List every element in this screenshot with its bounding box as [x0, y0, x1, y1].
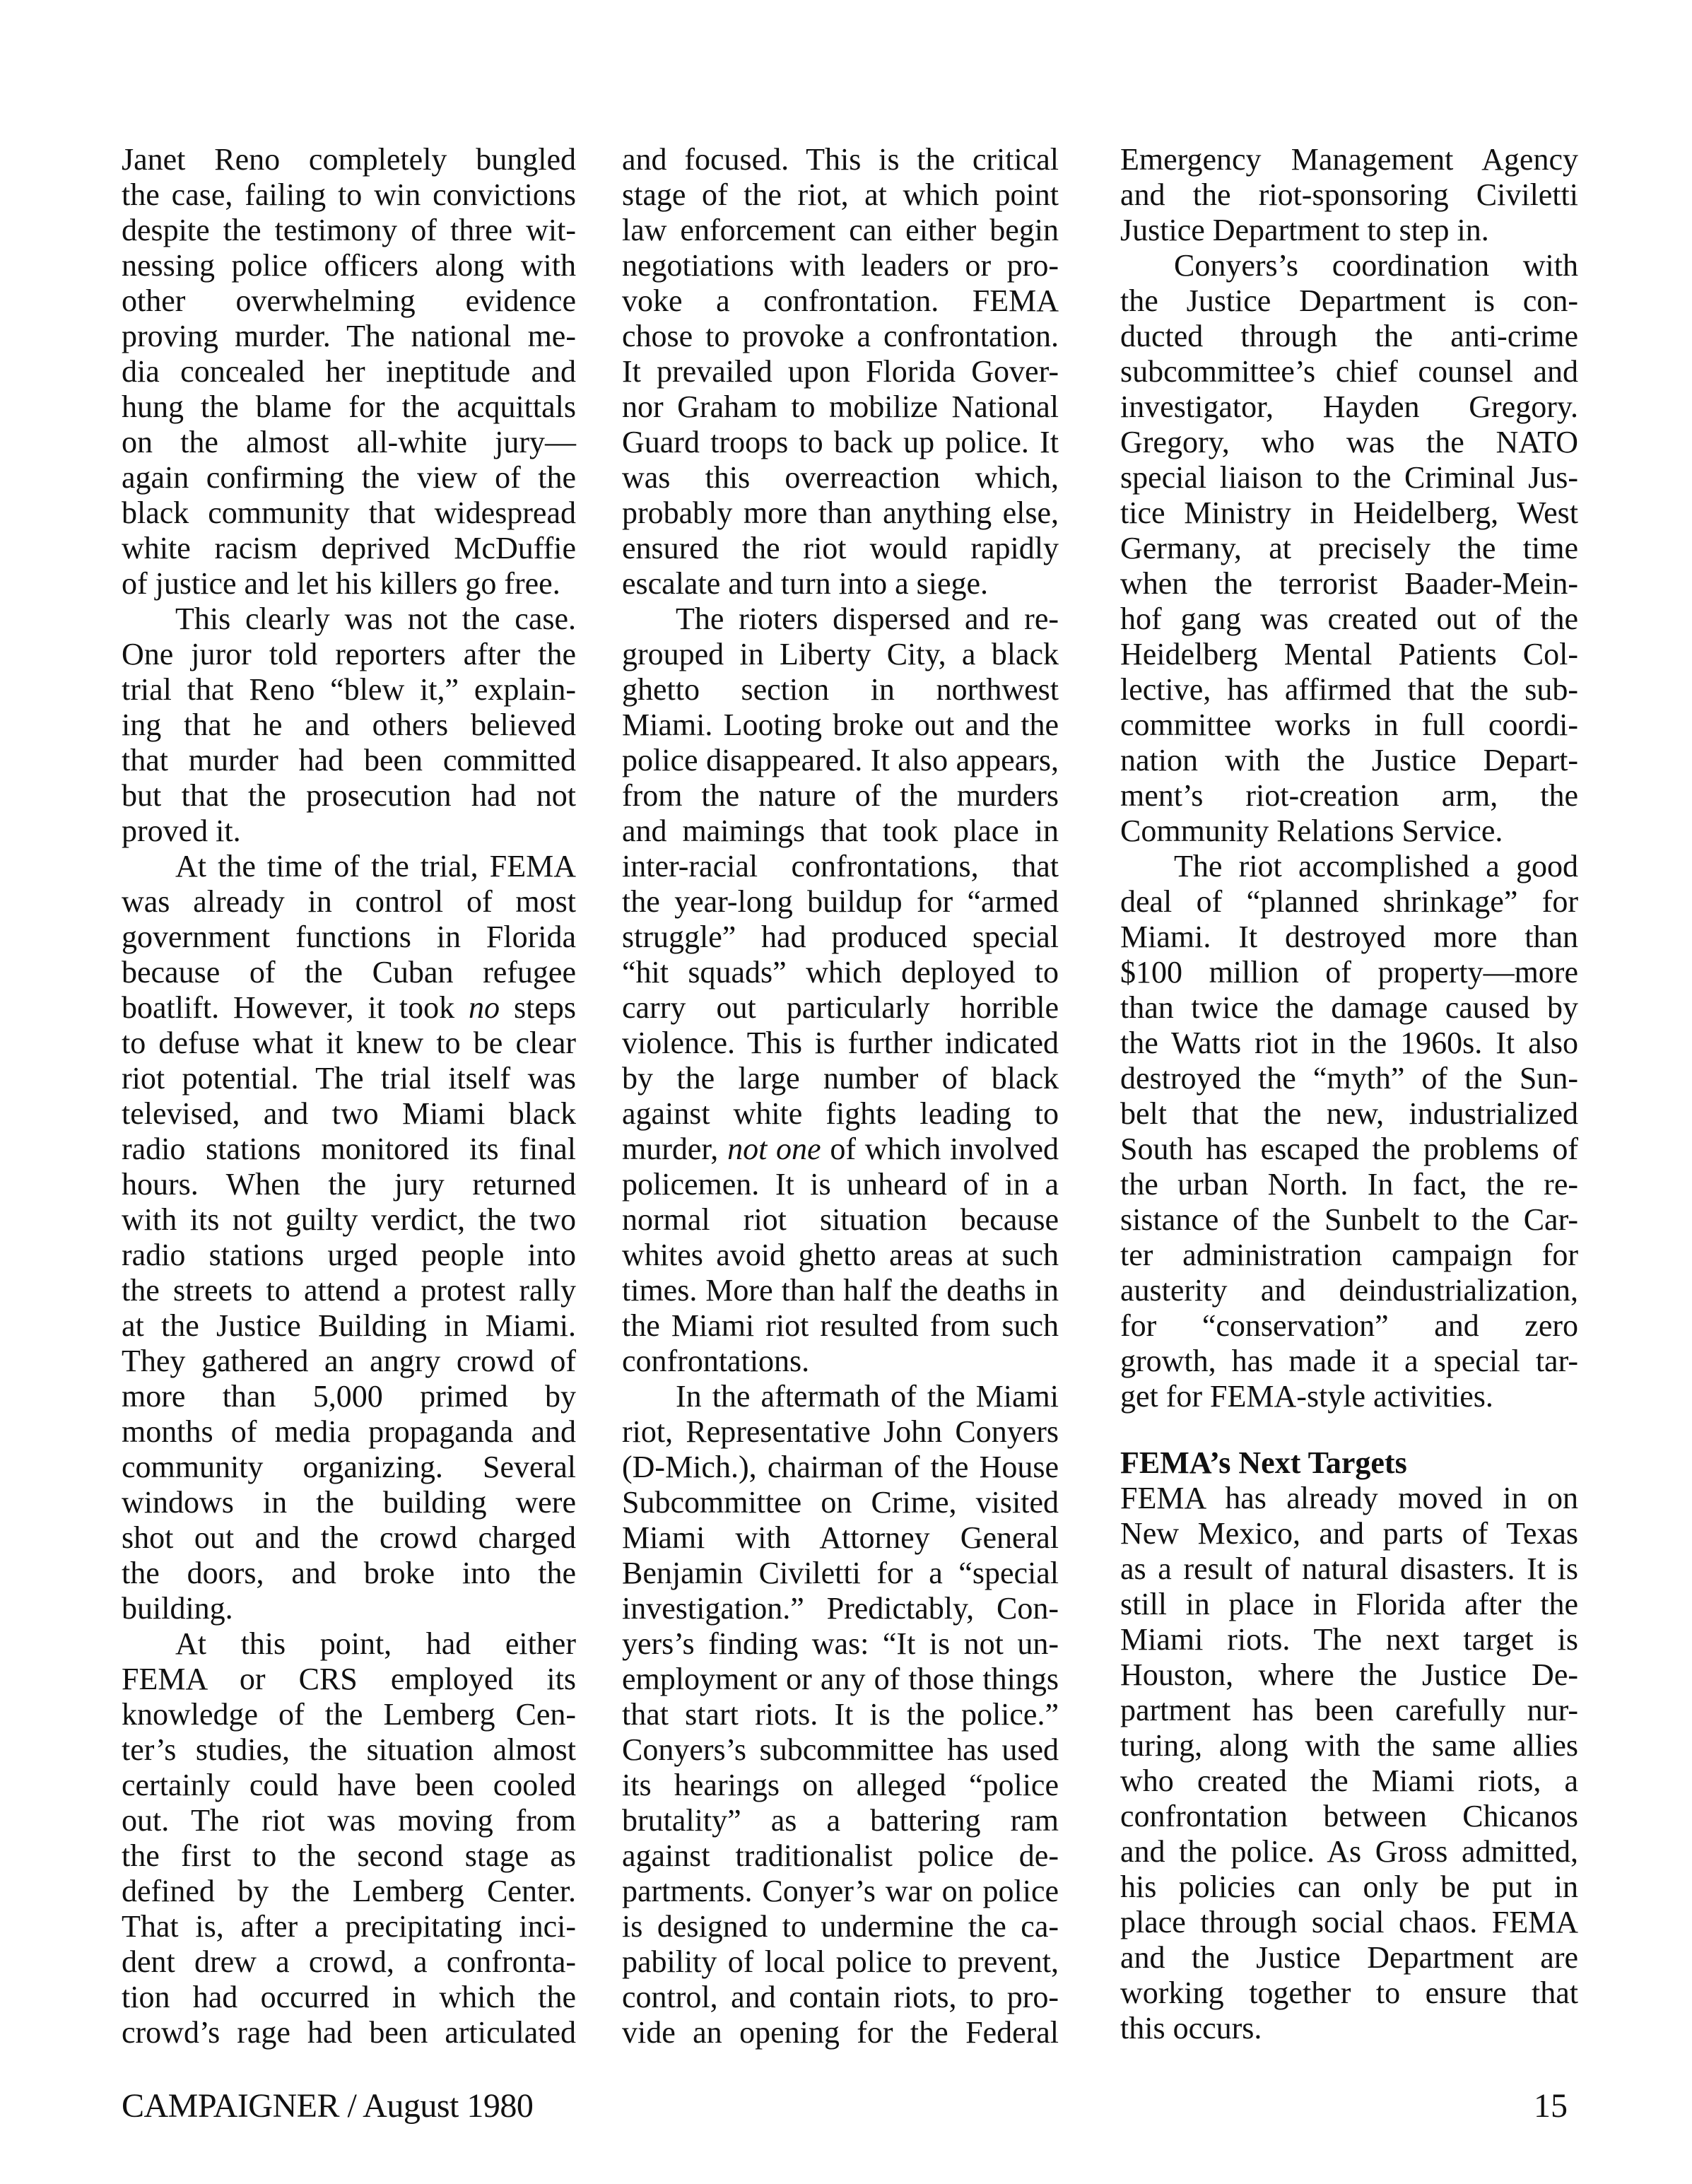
text-line: is designed to undermine the ca- [622, 1909, 1059, 1944]
text-line: proving murder. The national me- [122, 319, 576, 354]
text-line: community organizing. Several [122, 1450, 576, 1485]
text-line: New Mexico, and parts of Texas [1120, 1516, 1578, 1551]
text-line: radio stations monitored its final [122, 1132, 576, 1167]
text-line: turing, along with the same allies [1120, 1728, 1578, 1763]
text-line: trial that Reno “blew it,” explain- [122, 672, 576, 708]
text-line: and maimings that took place in [622, 814, 1059, 849]
text-line: the doors, and broke into the [122, 1556, 576, 1591]
text-run: boatlift. However, it took [122, 990, 469, 1025]
text-line: hung the blame for the acquittals [122, 389, 576, 425]
text-line: $100 million of property—more [1120, 955, 1578, 990]
text-line: inter-racial confrontations, that [622, 849, 1059, 884]
text-line: stage of the riot, at which point [622, 177, 1059, 213]
text-line: windows in the building were [122, 1485, 576, 1520]
text-line: At the time of the trial, FEMA [122, 849, 576, 884]
article-column-2: and focused. This is the criticalstage o… [622, 142, 1059, 2050]
text-run: steps [500, 990, 576, 1025]
text-line: Guard troops to back up police. It [622, 425, 1059, 460]
text-line: on the almost all-white jury— [122, 425, 576, 460]
text-line: still in place in Florida after the [1120, 1587, 1578, 1622]
text-line: Benjamin Civiletti for a “special [622, 1556, 1059, 1591]
text-line: certainly could have been cooled [122, 1768, 576, 1803]
text-line: from the nature of the murders [622, 778, 1059, 814]
text-line: In the aftermath of the Miami [622, 1379, 1059, 1414]
text-line: The rioters dispersed and re- [622, 601, 1059, 637]
text-line: was already in control of most [122, 884, 576, 920]
text-line: voke a confrontation. FEMA [622, 283, 1059, 319]
text-line: more than 5,000 primed by [122, 1379, 576, 1414]
text-line: the first to the second stage as [122, 1838, 576, 1874]
text-line: Community Relations Service. [1120, 814, 1578, 849]
text-line: against traditionalist police de- [622, 1838, 1059, 1874]
text-line: for “conservation” and zero [1120, 1308, 1578, 1344]
text-line: Houston, where the Justice De- [1120, 1657, 1578, 1693]
text-line: investigation.” Predictably, Con- [622, 1591, 1059, 1626]
text-line: with its not guilty verdict, the two [122, 1202, 576, 1238]
text-line: and the riot-sponsoring Civiletti [1120, 177, 1578, 213]
text-line: proved it. [122, 814, 576, 849]
text-line: riot potential. The trial itself was [122, 1061, 576, 1096]
text-line: dia concealed her ineptitude and [122, 354, 576, 389]
text-line: Justice Department to step in. [1120, 213, 1578, 248]
text-line: radio stations urged people into [122, 1238, 576, 1273]
text-line: growth, has made it a special tar- [1120, 1344, 1578, 1379]
text-line: white racism deprived McDuffie [122, 531, 576, 566]
text-line: carry out particularly horrible [622, 990, 1059, 1026]
text-line: government functions in Florida [122, 920, 576, 955]
text-line: knowledge of the Lemberg Cen- [122, 1697, 576, 1732]
text-line: who created the Miami riots, a [1120, 1763, 1578, 1799]
text-line: defined by the Lemberg Center. [122, 1874, 576, 1909]
text-line: but that the prosecution had not [122, 778, 576, 814]
article-column-1: Janet Reno completely bungledthe case, f… [122, 142, 576, 2050]
text-line: chose to provoke a confrontation. [622, 319, 1059, 354]
text-line: confrontation between Chicanos [1120, 1799, 1578, 1834]
text-line: shot out and the crowd charged [122, 1520, 576, 1556]
emphasis-text: not one [727, 1132, 821, 1166]
text-line: and the police. As Gross admitted, [1120, 1834, 1578, 1869]
text-line: tice Ministry in Heidelberg, West [1120, 495, 1578, 531]
text-line: police disappeared. It also appears, [622, 743, 1059, 778]
text-line: struggle” had produced special [622, 920, 1059, 955]
text-line: investigator, Hayden Gregory. [1120, 389, 1578, 425]
text-line: At this point, had either [122, 1626, 576, 1662]
text-line: dent drew a crowd, a confronta- [122, 1944, 576, 1980]
text-line: to defuse what it knew to be clear [122, 1026, 576, 1061]
text-line: ghetto section in northwest [622, 672, 1059, 708]
text-line: vide an opening for the Federal [622, 2015, 1059, 2050]
text-line: normal riot situation because [622, 1202, 1059, 1238]
text-run: of which involved [821, 1132, 1059, 1166]
text-line: boatlift. However, it took no steps [122, 990, 576, 1026]
text-line: that murder had been committed [122, 743, 576, 778]
text-line: Miami with Attorney General [622, 1520, 1059, 1556]
text-line: and the Justice Department are [1120, 1940, 1578, 1975]
text-line: committee works in full coordi- [1120, 708, 1578, 743]
text-line: when the terrorist Baader-Mein- [1120, 566, 1578, 601]
text-line: Heidelberg Mental Patients Col- [1120, 637, 1578, 672]
text-line: lective, has affirmed that the sub- [1120, 672, 1578, 708]
text-line: FEMA has already moved in on [1120, 1481, 1578, 1516]
text-line: place through social chaos. FEMA [1120, 1905, 1578, 1940]
text-line: pability of local police to prevent, [622, 1944, 1059, 1980]
text-line: months of media propaganda and [122, 1414, 576, 1450]
text-line: again confirming the view of the [122, 460, 576, 495]
text-line: ter’s studies, the situation almost [122, 1732, 576, 1768]
text-line: times. More than half the deaths in [622, 1273, 1059, 1308]
text-line: murder, not one of which involved [622, 1132, 1059, 1167]
text-line: South has escaped the problems of [1120, 1132, 1578, 1167]
text-line: of justice and let his killers go free. [122, 566, 576, 601]
text-line: the Watts riot in the 1960s. It also [1120, 1026, 1578, 1061]
text-line: whites avoid ghetto areas at such [622, 1238, 1059, 1273]
text-line: riot, Representative John Conyers [622, 1414, 1059, 1450]
text-line: yers’s finding was: “It is not un- [622, 1626, 1059, 1662]
text-line: deal of “planned shrinkage” for [1120, 884, 1578, 920]
text-line: Janet Reno completely bungled [122, 142, 576, 177]
text-line: partments. Conyer’s war on police [622, 1874, 1059, 1909]
text-line: its hearings on alleged “police [622, 1768, 1059, 1803]
text-line: the year-long buildup for “armed [622, 884, 1059, 920]
text-line: ment’s riot-creation arm, the [1120, 778, 1578, 814]
text-line: hof gang was created out of the [1120, 601, 1578, 637]
text-line: Conyers’s subcommittee has used [622, 1732, 1059, 1768]
text-line: tion had occurred in which the [122, 1980, 576, 2015]
text-line: Gregory, who was the NATO [1120, 425, 1578, 460]
text-line: the urban North. In fact, the re- [1120, 1167, 1578, 1202]
text-line: law enforcement can either begin [622, 213, 1059, 248]
text-line: negotiations with leaders or pro- [622, 248, 1059, 283]
text-line: because of the Cuban refugee [122, 955, 576, 990]
section-heading: FEMA’s Next Targets [1120, 1445, 1578, 1481]
text-line: Miami riots. The next target is [1120, 1622, 1578, 1657]
text-line: subcommittee’s chief counsel and [1120, 354, 1578, 389]
text-line: Miami. Looting broke out and the [622, 708, 1059, 743]
text-line: confrontations. [622, 1344, 1059, 1379]
text-line: the Justice Department is con- [1120, 283, 1578, 319]
text-line: partment has been carefully nur- [1120, 1693, 1578, 1728]
text-line: hours. When the jury returned [122, 1167, 576, 1202]
text-line: grouped in Liberty City, a black [622, 637, 1059, 672]
text-line: belt that the new, industrialized [1120, 1096, 1578, 1132]
text-line: employment or any of those things [622, 1662, 1059, 1697]
text-line: at the Justice Building in Miami. [122, 1308, 576, 1344]
text-line: working together to ensure that [1120, 1975, 1578, 2011]
text-line: This clearly was not the case. [122, 601, 576, 637]
text-line: nessing police officers along with [122, 248, 576, 283]
page-footer: CAMPAIGNER / August 1980 15 [122, 2085, 1568, 2127]
text-line: escalate and turn into a siege. [622, 566, 1059, 601]
text-line: “hit squads” which deployed to [622, 955, 1059, 990]
text-line: ing that he and others believed [122, 708, 576, 743]
text-line: the Miami riot resulted from such [622, 1308, 1059, 1344]
text-line: They gathered an angry crowd of [122, 1344, 576, 1379]
text-line: ducted through the anti-crime [1120, 319, 1578, 354]
text-line: ensured the riot would rapidly [622, 531, 1059, 566]
text-line: other overwhelming evidence [122, 283, 576, 319]
text-line: as a result of natural disasters. It is [1120, 1551, 1578, 1587]
text-line: televised, and two Miami black [122, 1096, 576, 1132]
text-line: The riot accomplished a good [1120, 849, 1578, 884]
text-line: the case, failing to win convictions [122, 177, 576, 213]
text-line: against white fights leading to [622, 1096, 1059, 1132]
text-line: Subcommittee on Crime, visited [622, 1485, 1059, 1520]
text-line: black community that widespread [122, 495, 576, 531]
article-column-3: Emergency Management Agencyand the riot-… [1120, 142, 1578, 2046]
text-line: FEMA or CRS employed its [122, 1662, 576, 1697]
text-line: It prevailed upon Florida Gover- [622, 354, 1059, 389]
publication-info: CAMPAIGNER / August 1980 [122, 2085, 533, 2127]
text-line: violence. This is further indicated [622, 1026, 1059, 1061]
text-line: this occurs. [1120, 2011, 1578, 2046]
text-line: was this overreaction which, [622, 460, 1059, 495]
text-line: and focused. This is the critical [622, 142, 1059, 177]
text-line: Germany, at precisely the time [1120, 531, 1578, 566]
text-line: his policies can only be put in [1120, 1869, 1578, 1905]
text-line: probably more than anything else, [622, 495, 1059, 531]
text-line: (D-Mich.), chairman of the House [622, 1450, 1059, 1485]
text-line: austerity and deindustrialization, [1120, 1273, 1578, 1308]
text-line: Emergency Management Agency [1120, 142, 1578, 177]
text-line: nor Graham to mobilize National [622, 389, 1059, 425]
spacer [1120, 1414, 1578, 1445]
text-line: sistance of the Sunbelt to the Car- [1120, 1202, 1578, 1238]
text-run: murder, [622, 1132, 727, 1166]
text-line: Miami. It destroyed more than [1120, 920, 1578, 955]
text-line: control, and contain riots, to pro- [622, 1980, 1059, 2015]
text-line: brutality” as a battering ram [622, 1803, 1059, 1838]
text-line: That is, after a precipitating inci- [122, 1909, 576, 1944]
text-line: that start riots. It is the police.” [622, 1697, 1059, 1732]
text-line: the streets to attend a protest rally [122, 1273, 576, 1308]
text-line: destroyed the “myth” of the Sun- [1120, 1061, 1578, 1096]
text-line: policemen. It is unheard of in a [622, 1167, 1059, 1202]
text-line: than twice the damage caused by [1120, 990, 1578, 1026]
magazine-page: Janet Reno completely bungledthe case, f… [0, 0, 1692, 2184]
text-line: despite the testimony of three wit- [122, 213, 576, 248]
page-number: 15 [1534, 2085, 1568, 2127]
text-line: out. The riot was moving from [122, 1803, 576, 1838]
text-line: special liaison to the Criminal Jus- [1120, 460, 1578, 495]
text-line: crowd’s rage had been articulated [122, 2015, 576, 2050]
text-line: building. [122, 1591, 576, 1626]
emphasis-text: no [469, 990, 500, 1025]
text-line: ter administration campaign for [1120, 1238, 1578, 1273]
text-line: Conyers’s coordination with [1120, 248, 1578, 283]
text-line: nation with the Justice Depart- [1120, 743, 1578, 778]
text-line: by the large number of black [622, 1061, 1059, 1096]
text-line: One juror told reporters after the [122, 637, 576, 672]
text-line: get for FEMA-style activities. [1120, 1379, 1578, 1414]
